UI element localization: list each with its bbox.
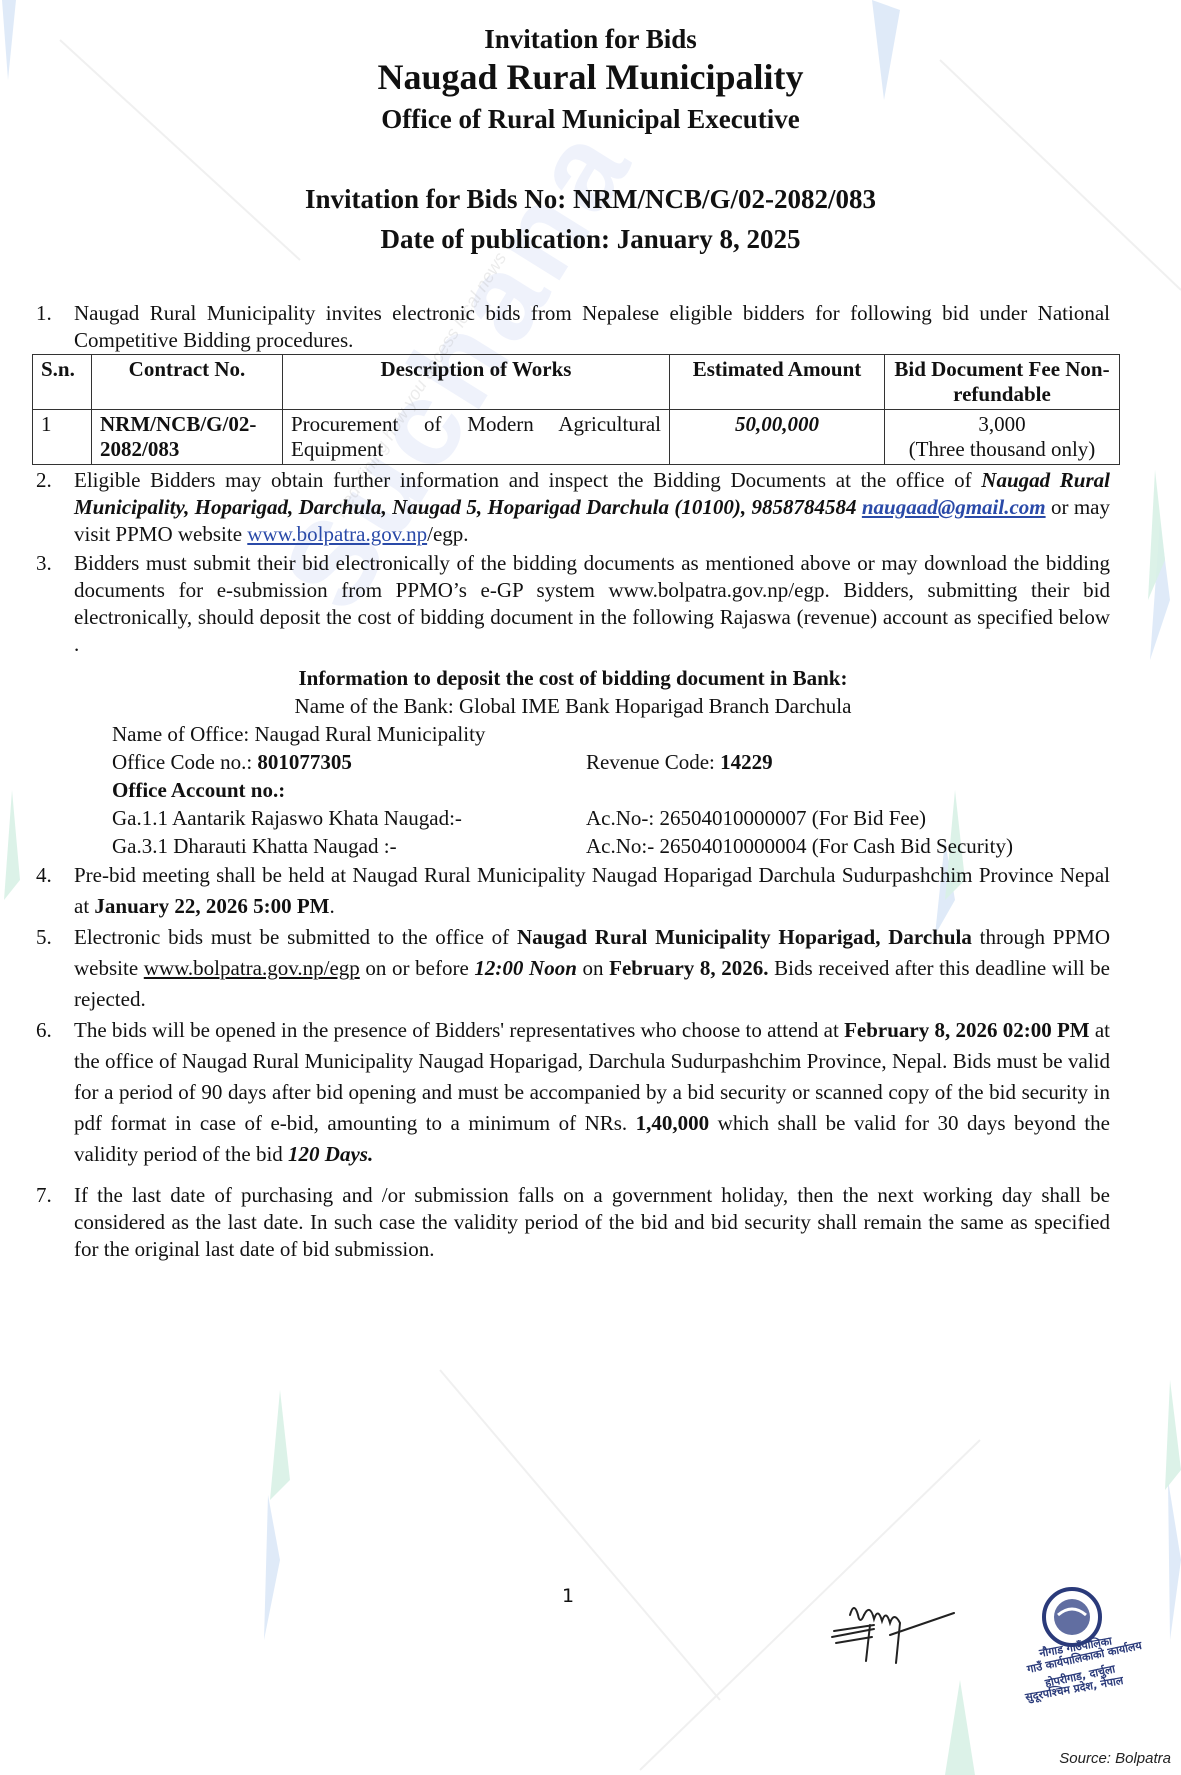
cell-sn: 1 xyxy=(33,410,92,465)
cell-description: Procurement of Modern Agricultural Equip… xyxy=(283,410,670,465)
clause-5: 5. Electronic bids must be submitted to … xyxy=(36,922,1110,1015)
table-row: 1 NRM/NCB/G/02-2082/083 Procurement of M… xyxy=(33,410,1120,465)
col-contract-no: Contract No. xyxy=(92,355,283,410)
cell-bid-fee: 3,000 (Three thousand only) xyxy=(885,410,1120,465)
clause-2: 2. Eligible Bidders may obtain further i… xyxy=(36,467,1110,548)
egp-link[interactable]: www.bolpatra.gov.np/egp xyxy=(144,956,360,980)
email-link[interactable]: naugaad@gmail.com xyxy=(862,495,1046,519)
revenue-code: 14229 xyxy=(720,750,773,774)
clause-7: 7. If the last date of purchasing and /o… xyxy=(36,1182,1110,1263)
clause-1: 1. Naugad Rural Municipality invites ele… xyxy=(36,300,1110,354)
col-bid-fee: Bid Document Fee Non-refundable xyxy=(885,355,1120,410)
organization-name: Naugad Rural Municipality xyxy=(0,56,1181,98)
signature-image xyxy=(830,1595,960,1670)
validity-period: 120 Days. xyxy=(288,1142,373,1166)
bank-heading: Information to deposit the cost of biddi… xyxy=(36,664,1110,692)
codes-row: Office Code no.: 801077305 Revenue Code:… xyxy=(112,748,1110,776)
cell-contract-no: NRM/NCB/G/02-2082/083 xyxy=(92,410,283,465)
notice-body: 1. Naugad Rural Municipality invites ele… xyxy=(36,300,1110,1263)
clause-6: 6. The bids will be opened in the presen… xyxy=(36,1015,1110,1170)
account-heading: Office Account no.: xyxy=(112,776,1110,804)
source-credit: Source: Bolpatra xyxy=(1059,1750,1171,1767)
publication-date: Date of publication: January 8, 2025 xyxy=(0,224,1181,255)
office-name: Office of Rural Municipal Executive xyxy=(0,104,1181,135)
bid-table-header: S.n. Contract No. Description of Works E… xyxy=(33,355,1120,410)
office-code: 801077305 xyxy=(257,750,352,774)
cell-estimated-amount: 50,00,000 xyxy=(670,410,885,465)
fee-words: (Three thousand only) xyxy=(893,437,1111,462)
page-number: 1 xyxy=(562,1585,574,1607)
col-description: Description of Works xyxy=(283,355,670,410)
col-sn: S.n. xyxy=(33,355,92,410)
ifb-number: Invitation for Bids No: NRM/NCB/G/02-208… xyxy=(0,184,1181,215)
bid-security-amount: 1,40,000 xyxy=(636,1111,710,1135)
account-row: Ga.1.1 Aantarik Rajaswo Khata Naugad:- A… xyxy=(112,804,1110,832)
office-name-line: Name of Office: Naugad Rural Municipalit… xyxy=(112,720,1110,748)
document-title: Invitation for Bids xyxy=(0,24,1181,55)
bid-table: S.n. Contract No. Description of Works E… xyxy=(32,354,1120,465)
prebid-datetime: January 22, 2026 5:00 PM xyxy=(94,894,329,918)
official-seal: नौगाड गाउँपालिका गाउँ कार्यपालिकाको कार्… xyxy=(1010,1585,1145,1710)
fee-amount: 3,000 xyxy=(893,412,1111,437)
clause-4: 4. Pre-bid meeting shall be held at Naug… xyxy=(36,860,1110,922)
bank-name: Name of the Bank: Global IME Bank Hopari… xyxy=(36,692,1110,720)
submission-time: 12:00 Noon xyxy=(474,956,576,980)
account-row: Ga.3.1 Dharauti Khatta Naugad :- Ac.No:-… xyxy=(112,832,1110,860)
clause-3: 3. Bidders must submit their bid electro… xyxy=(36,550,1110,658)
website-link[interactable]: www.bolpatra.gov.np xyxy=(247,522,427,546)
col-estimated-amount: Estimated Amount xyxy=(670,355,885,410)
opening-datetime: February 8, 2026 02:00 PM xyxy=(844,1018,1090,1042)
submission-date: February 8, 2026. xyxy=(609,956,768,980)
bank-info: Information to deposit the cost of biddi… xyxy=(112,664,1110,860)
